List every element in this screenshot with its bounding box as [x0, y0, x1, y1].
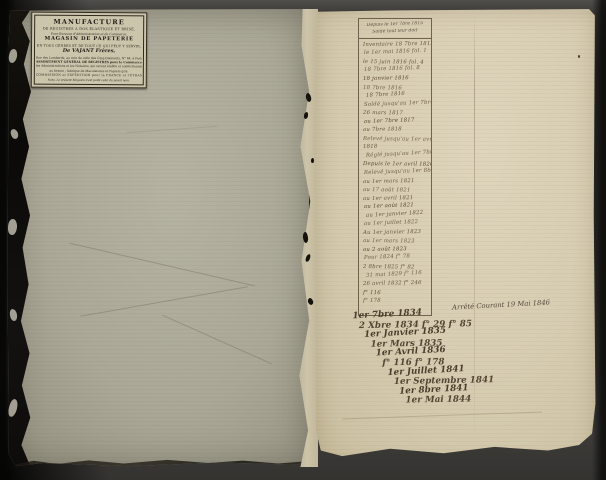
cover-crease	[80, 286, 248, 317]
ink-blot	[311, 158, 314, 163]
register-entry: Relevé jusqu'au 1er 8bre 1820	[364, 167, 431, 178]
front-cover: MANUFACTUREDE REGISTRES A DOS ÉLASTIQUE …	[7, 9, 310, 468]
cover-bottom-wear	[16, 459, 307, 468]
spine-leather	[7, 9, 31, 468]
book-scan: MANUFACTUREDE REGISTRES A DOS ÉLASTIQUE …	[0, 0, 606, 480]
register-entry: Au 1er janvier 1823	[363, 228, 431, 238]
register-entry: au 1er mars 1821	[363, 176, 431, 186]
stationer-label: MANUFACTUREDE REGISTRES A DOS ÉLASTIQUE …	[31, 12, 148, 89]
register-index-header: Depuis le 1er 7bre 1815Soldé tout leur d…	[359, 19, 431, 39]
label-line: Nota. Le présent Magasin n'est point cel…	[36, 77, 142, 82]
cover-crease	[69, 243, 254, 287]
register-late-entry: 1er Mai 1844	[405, 394, 546, 406]
register-entry: 18 janvier 1816	[363, 74, 431, 84]
register-entry: 26 avril 1832 f° 246	[363, 279, 431, 289]
first-page: Depuis le 1er 7bre 1815Soldé tout leur d…	[314, 9, 596, 468]
register-entry: Pour 1824 f° 78	[364, 252, 431, 263]
register-index-box: Depuis le 1er 7bre 1815Soldé tout leur d…	[358, 18, 432, 316]
register-entry: Soldé jusqu'au 1er 7bre 1817	[364, 98, 431, 109]
cover-crease	[162, 315, 272, 365]
register-header-line: Soldé tout leur doit	[360, 28, 430, 37]
register-entry: le 1er mai 1816 fol. 1	[364, 47, 431, 58]
register-entry-list: Inventaire 18 7bre 1815le 1er mai 1816 f…	[359, 39, 431, 303]
register-entry: au 7bre 1818	[363, 125, 431, 135]
register-late-entries: 1er 7bre 18342 Xbre 1834 f° 29 f° 851er …	[352, 306, 545, 409]
stationer-label-text: MANUFACTUREDE REGISTRES A DOS ÉLASTIQUE …	[34, 15, 144, 86]
register-entry: f° 178	[363, 296, 431, 303]
cover-crease	[127, 126, 217, 133]
ink-speck	[578, 55, 580, 58]
page-fold-crease	[342, 412, 542, 420]
